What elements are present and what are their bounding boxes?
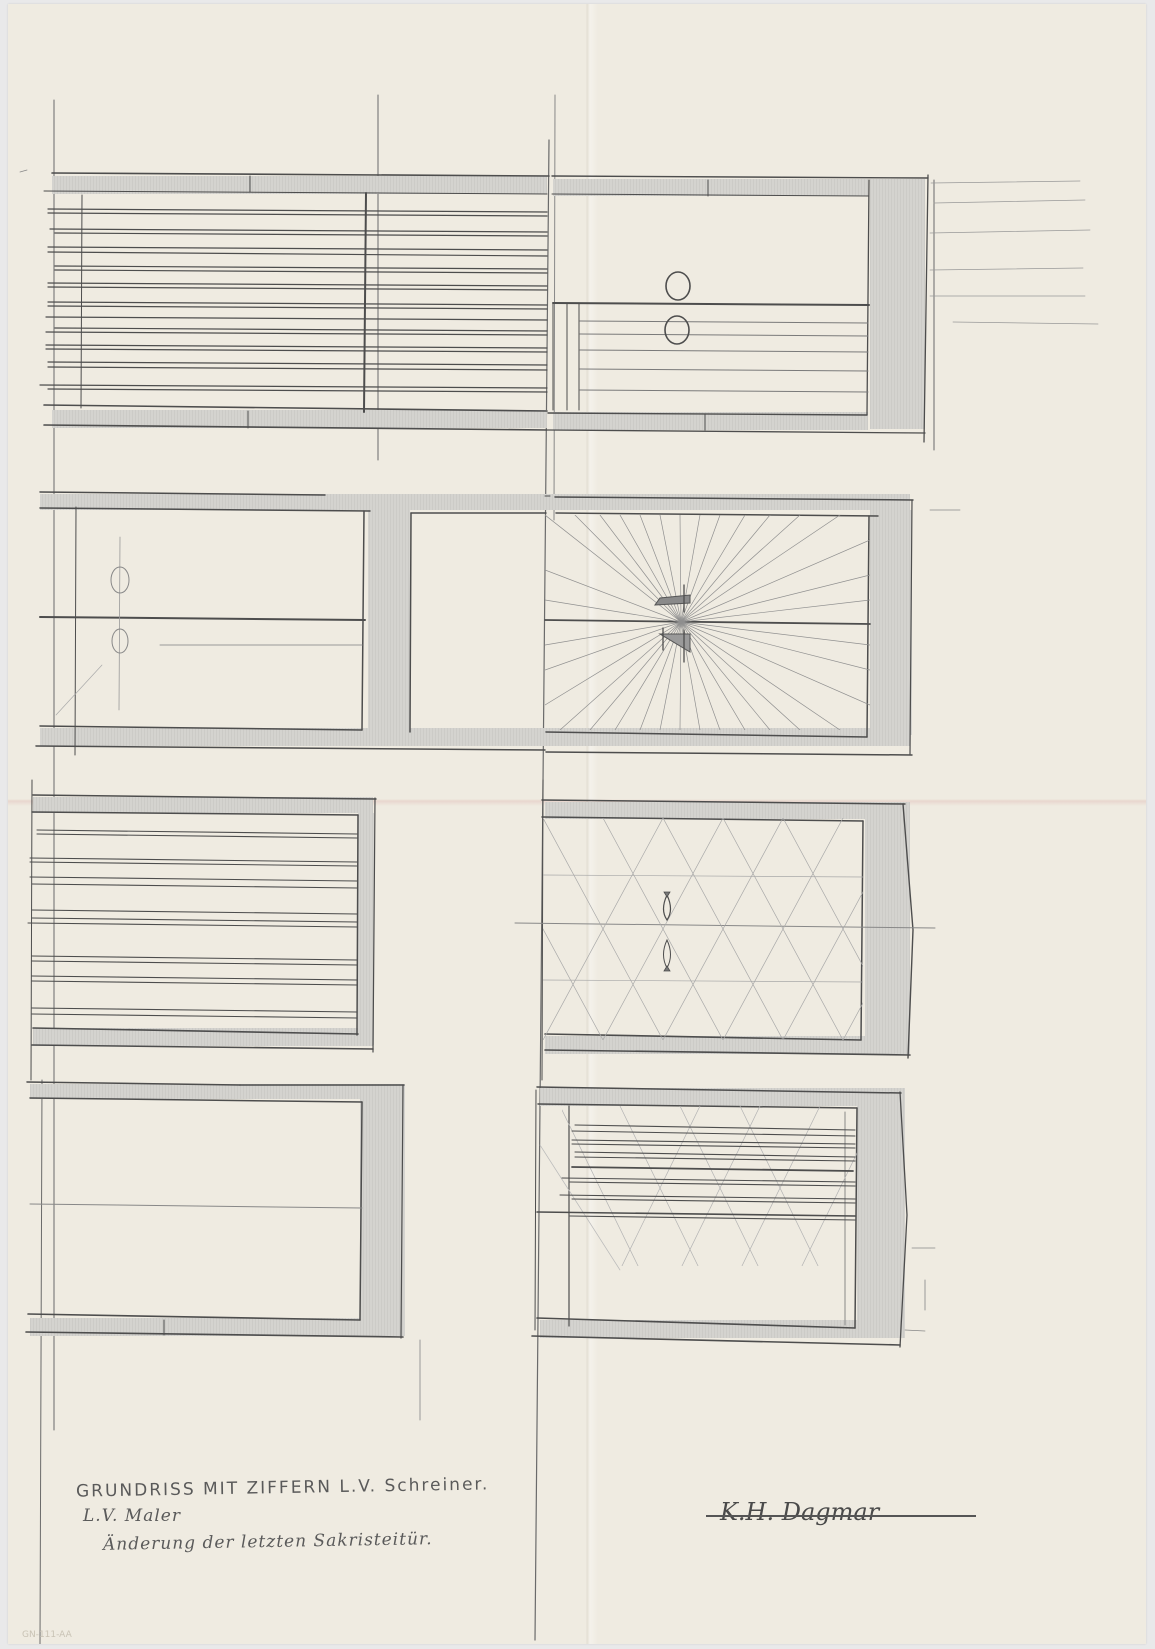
panel-8-upper-slats-lattice <box>532 1087 907 1347</box>
pencil-drawing <box>8 4 1146 1644</box>
panel-2-round-knobs <box>548 175 1098 442</box>
panel-4-sunburst <box>545 496 913 755</box>
annotation-line-2: L.V. Maler <box>83 1506 181 1526</box>
signature: K.H. Dagmar <box>720 1498 879 1526</box>
signature-strike-line <box>706 1515 976 1517</box>
catalog-number: GN-111-AA <box>22 1630 72 1640</box>
paper-sheet: GRUNDRISS MIT ZIFFERN L.V. Schreiner. L.… <box>8 4 1146 1644</box>
panel-1-horizontal-slats <box>40 173 549 430</box>
panel-7-plain-split <box>26 1082 405 1338</box>
construction-lines <box>40 95 934 1644</box>
panel-6-diamond-lattice <box>483 780 963 1080</box>
panel-5-paired-slats <box>28 780 376 1080</box>
